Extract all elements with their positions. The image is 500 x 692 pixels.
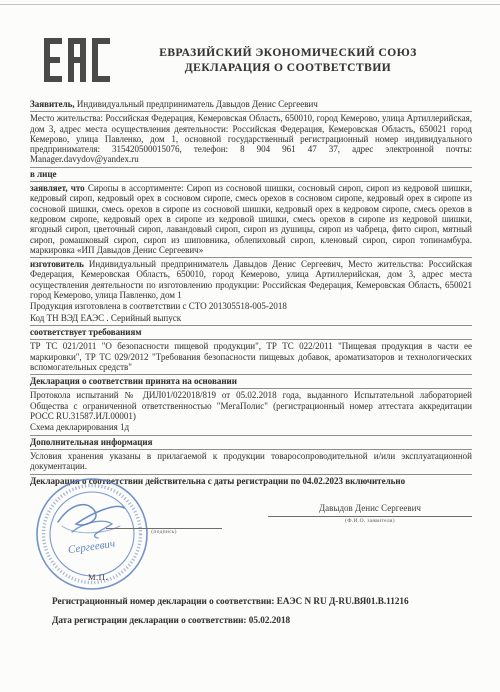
- made-per-line: Продукция изготовлена в соответствии с С…: [30, 300, 472, 311]
- registration-date-line: Дата регистрации декларации о соответств…: [52, 615, 472, 626]
- applicant-value: Индивидуальный предприниматель Давыдов Д…: [75, 99, 318, 109]
- complies-paragraph: ТР ТС 021/2011 "О безопасности пищевой п…: [30, 340, 472, 375]
- stamp-word: Сергеевич: [67, 538, 116, 556]
- declarant-name-block: Давыдов Денис Сергеевич (Ф.И.О. заявител…: [268, 502, 472, 524]
- stamp-seal-label: М.П.: [88, 572, 108, 582]
- document-title: ЕВРАЗИЙСКИЙ ЭКОНОМИЧЕСКИЙ СОЮЗ ДЕКЛАРАЦИ…: [110, 38, 472, 76]
- signature-caption: (подпись): [106, 529, 222, 535]
- declarant-name-caption: (Ф.И.О. заявителя): [268, 517, 472, 524]
- additional-paragraph: Условия хранения указаны в прилагаемой к…: [30, 450, 472, 475]
- in-person-row: в лице: [30, 168, 472, 182]
- applicant-row: Заявитель, Индивидуальный предпринимател…: [30, 98, 472, 112]
- scheme-line: Схема декларирования 1д: [30, 421, 472, 435]
- declares-label: заявляет, что: [30, 183, 88, 193]
- declaration-document: ЕВРАЗИЙСКИЙ ЭКОНОМИЧЕСКИЙ СОЮЗ ДЕКЛАРАЦИ…: [0, 0, 500, 692]
- basis-header: Декларация о соответствии принята на осн…: [30, 375, 472, 389]
- signature-area: Сергеевич (подпись) Давыдов Денис Сергее…: [30, 488, 472, 592]
- title-line-1: ЕВРАЗИЙСКИЙ ЭКОНОМИЧЕСКИЙ СОЮЗ: [110, 46, 466, 61]
- manufacturer-value: Индивидуальный предприниматель Давыдов Д…: [30, 259, 472, 300]
- document-content: ЕВРАЗИЙСКИЙ ЭКОНОМИЧЕСКИЙ СОЮЗ ДЕКЛАРАЦИ…: [30, 38, 472, 634]
- residence-paragraph: Место жительства: Российская Федерация, …: [30, 112, 472, 167]
- declares-value: Сиропы в ассортименте: Сироп из сосновой…: [30, 183, 472, 255]
- additional-header: Дополнительная информация: [30, 436, 472, 450]
- basis-paragraph: Протокола испытаний № ДИЛ01/022018/819 о…: [30, 389, 472, 421]
- tnved-line: Код ТН ВЭД ЕАЭС . Серийный выпуск: [30, 312, 472, 326]
- declarant-name: Давыдов Денис Сергеевич: [268, 502, 472, 517]
- complies-header: соответствует требованиям: [30, 326, 472, 340]
- manufacturer-paragraph: изготовитель Индивидуальный предпринимат…: [30, 258, 472, 300]
- complies-label: соответствует требованиям: [30, 327, 141, 337]
- eac-logo-icon: [44, 38, 110, 82]
- document-header: ЕВРАЗИЙСКИЙ ЭКОНОМИЧЕСКИЙ СОЮЗ ДЕКЛАРАЦИ…: [30, 38, 472, 87]
- manufacturer-label: изготовитель: [30, 259, 89, 269]
- scan-edge-line: [0, 4, 500, 5]
- registration-footer: Регистрационный номер декларации о соотв…: [52, 596, 472, 626]
- basis-label: Декларация о соответствии принята на осн…: [30, 376, 237, 386]
- title-line-2: ДЕКЛАРАЦИЯ О СООТВЕТСТВИИ: [110, 61, 466, 76]
- additional-label: Дополнительная информация: [30, 437, 152, 447]
- in-person-label: в лице: [30, 169, 57, 179]
- declares-paragraph: заявляет, что Сиропы в ассортименте: Сир…: [30, 182, 472, 258]
- applicant-label: Заявитель,: [30, 99, 75, 109]
- signature-line: [106, 516, 222, 529]
- eac-logo: [44, 38, 110, 87]
